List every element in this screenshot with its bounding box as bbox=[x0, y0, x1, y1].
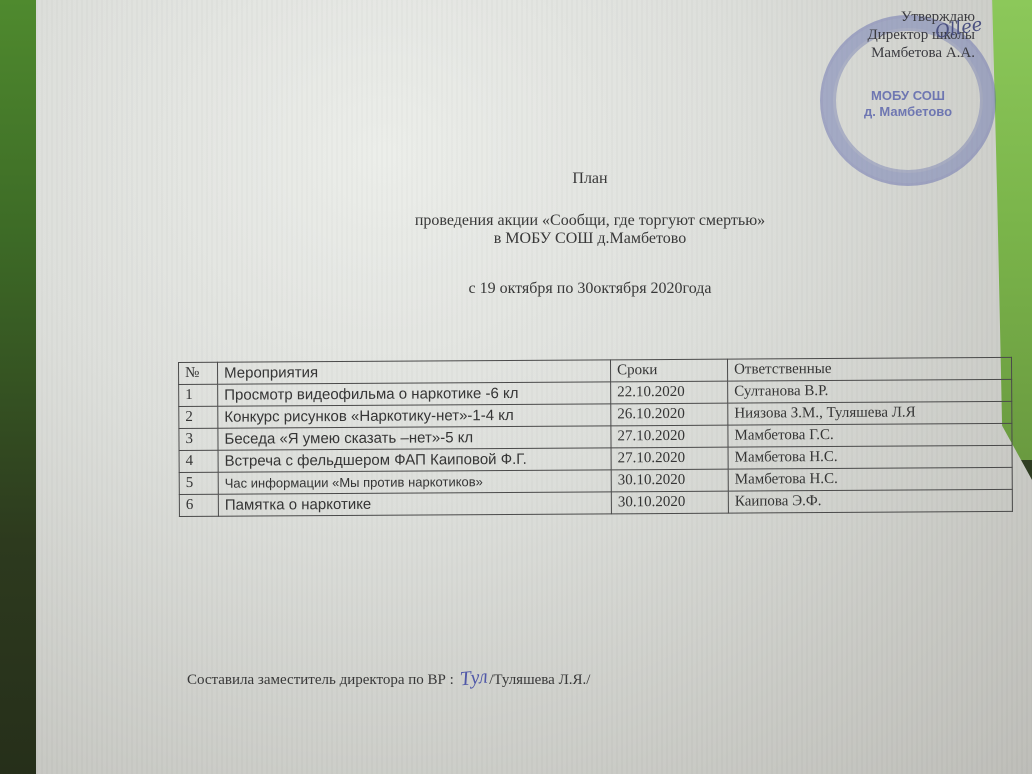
column-header-dates: Сроки bbox=[610, 359, 727, 382]
events-table: № Мероприятия Сроки Ответственные 1 Прос… bbox=[178, 357, 1013, 517]
compiled-by-name: /Туляшева Л.Я./ bbox=[489, 672, 590, 688]
deputy-signature: Тул bbox=[458, 666, 488, 692]
row-date: 27.10.2020 bbox=[611, 447, 728, 470]
row-responsible: Каипова Э.Ф. bbox=[728, 489, 1012, 513]
compiled-by-line: Составила заместитель директора по ВР : … bbox=[187, 667, 590, 690]
row-event: Беседа «Я умею сказать –нет»-5 кл bbox=[218, 426, 611, 450]
row-responsible: Мамбетова Н.С. bbox=[728, 445, 1012, 469]
row-responsible: Мамбетова Г.С. bbox=[728, 423, 1012, 447]
document-subtitle: проведения акции «Сообщи, где торгуют см… bbox=[300, 212, 880, 248]
document-period: с 19 октября по 30октября 2020года bbox=[300, 280, 880, 298]
row-date: 27.10.2020 bbox=[611, 425, 728, 448]
row-event: Памятка о наркотике bbox=[218, 492, 611, 516]
row-number: 1 bbox=[179, 384, 218, 406]
row-responsible: Султанова В.Р. bbox=[728, 379, 1012, 403]
row-event: Конкурс рисунков «Наркотику-нет»-1-4 кл bbox=[218, 404, 611, 428]
row-number: 4 bbox=[179, 450, 218, 472]
row-number: 6 bbox=[179, 494, 218, 516]
column-header-events: Мероприятия bbox=[218, 360, 611, 384]
document-title: План bbox=[300, 170, 880, 188]
row-date: 26.10.2020 bbox=[611, 403, 728, 426]
table-row: 6 Памятка о наркотике 30.10.2020 Каипова… bbox=[179, 489, 1012, 516]
compiled-by-label: Составила заместитель директора по ВР : bbox=[187, 672, 454, 688]
approval-line-3: Мамбетова А.А. bbox=[815, 44, 975, 62]
subtitle-line-1: проведения акции «Сообщи, где торгуют см… bbox=[300, 212, 880, 230]
row-responsible: Мамбетова Н.С. bbox=[728, 467, 1012, 491]
row-number: 2 bbox=[179, 406, 218, 428]
row-event: Просмотр видеофильма о наркотике -6 кл bbox=[218, 382, 611, 406]
row-number: 3 bbox=[179, 428, 218, 450]
column-header-number: № bbox=[179, 362, 218, 384]
row-date: 22.10.2020 bbox=[611, 381, 728, 404]
column-header-responsible: Ответственные bbox=[727, 357, 1011, 381]
stamp-line-1: МОБУ СОШ bbox=[823, 88, 993, 104]
stamp-line-2: д. Мамбетово bbox=[823, 104, 993, 120]
row-event: Встреча с фельдшером ФАП Каиповой Ф.Г. bbox=[218, 448, 611, 472]
row-date: 30.10.2020 bbox=[611, 469, 728, 492]
row-number: 5 bbox=[179, 472, 218, 494]
row-date: 30.10.2020 bbox=[611, 491, 728, 514]
subtitle-line-2: в МОБУ СОШ д.Мамбетово bbox=[300, 230, 880, 248]
background-green-left bbox=[0, 0, 40, 774]
row-responsible: Ниязова З.М., Туляшева Л.Я bbox=[728, 401, 1012, 425]
row-event: Час информации «Мы против наркотиков» bbox=[218, 470, 611, 494]
